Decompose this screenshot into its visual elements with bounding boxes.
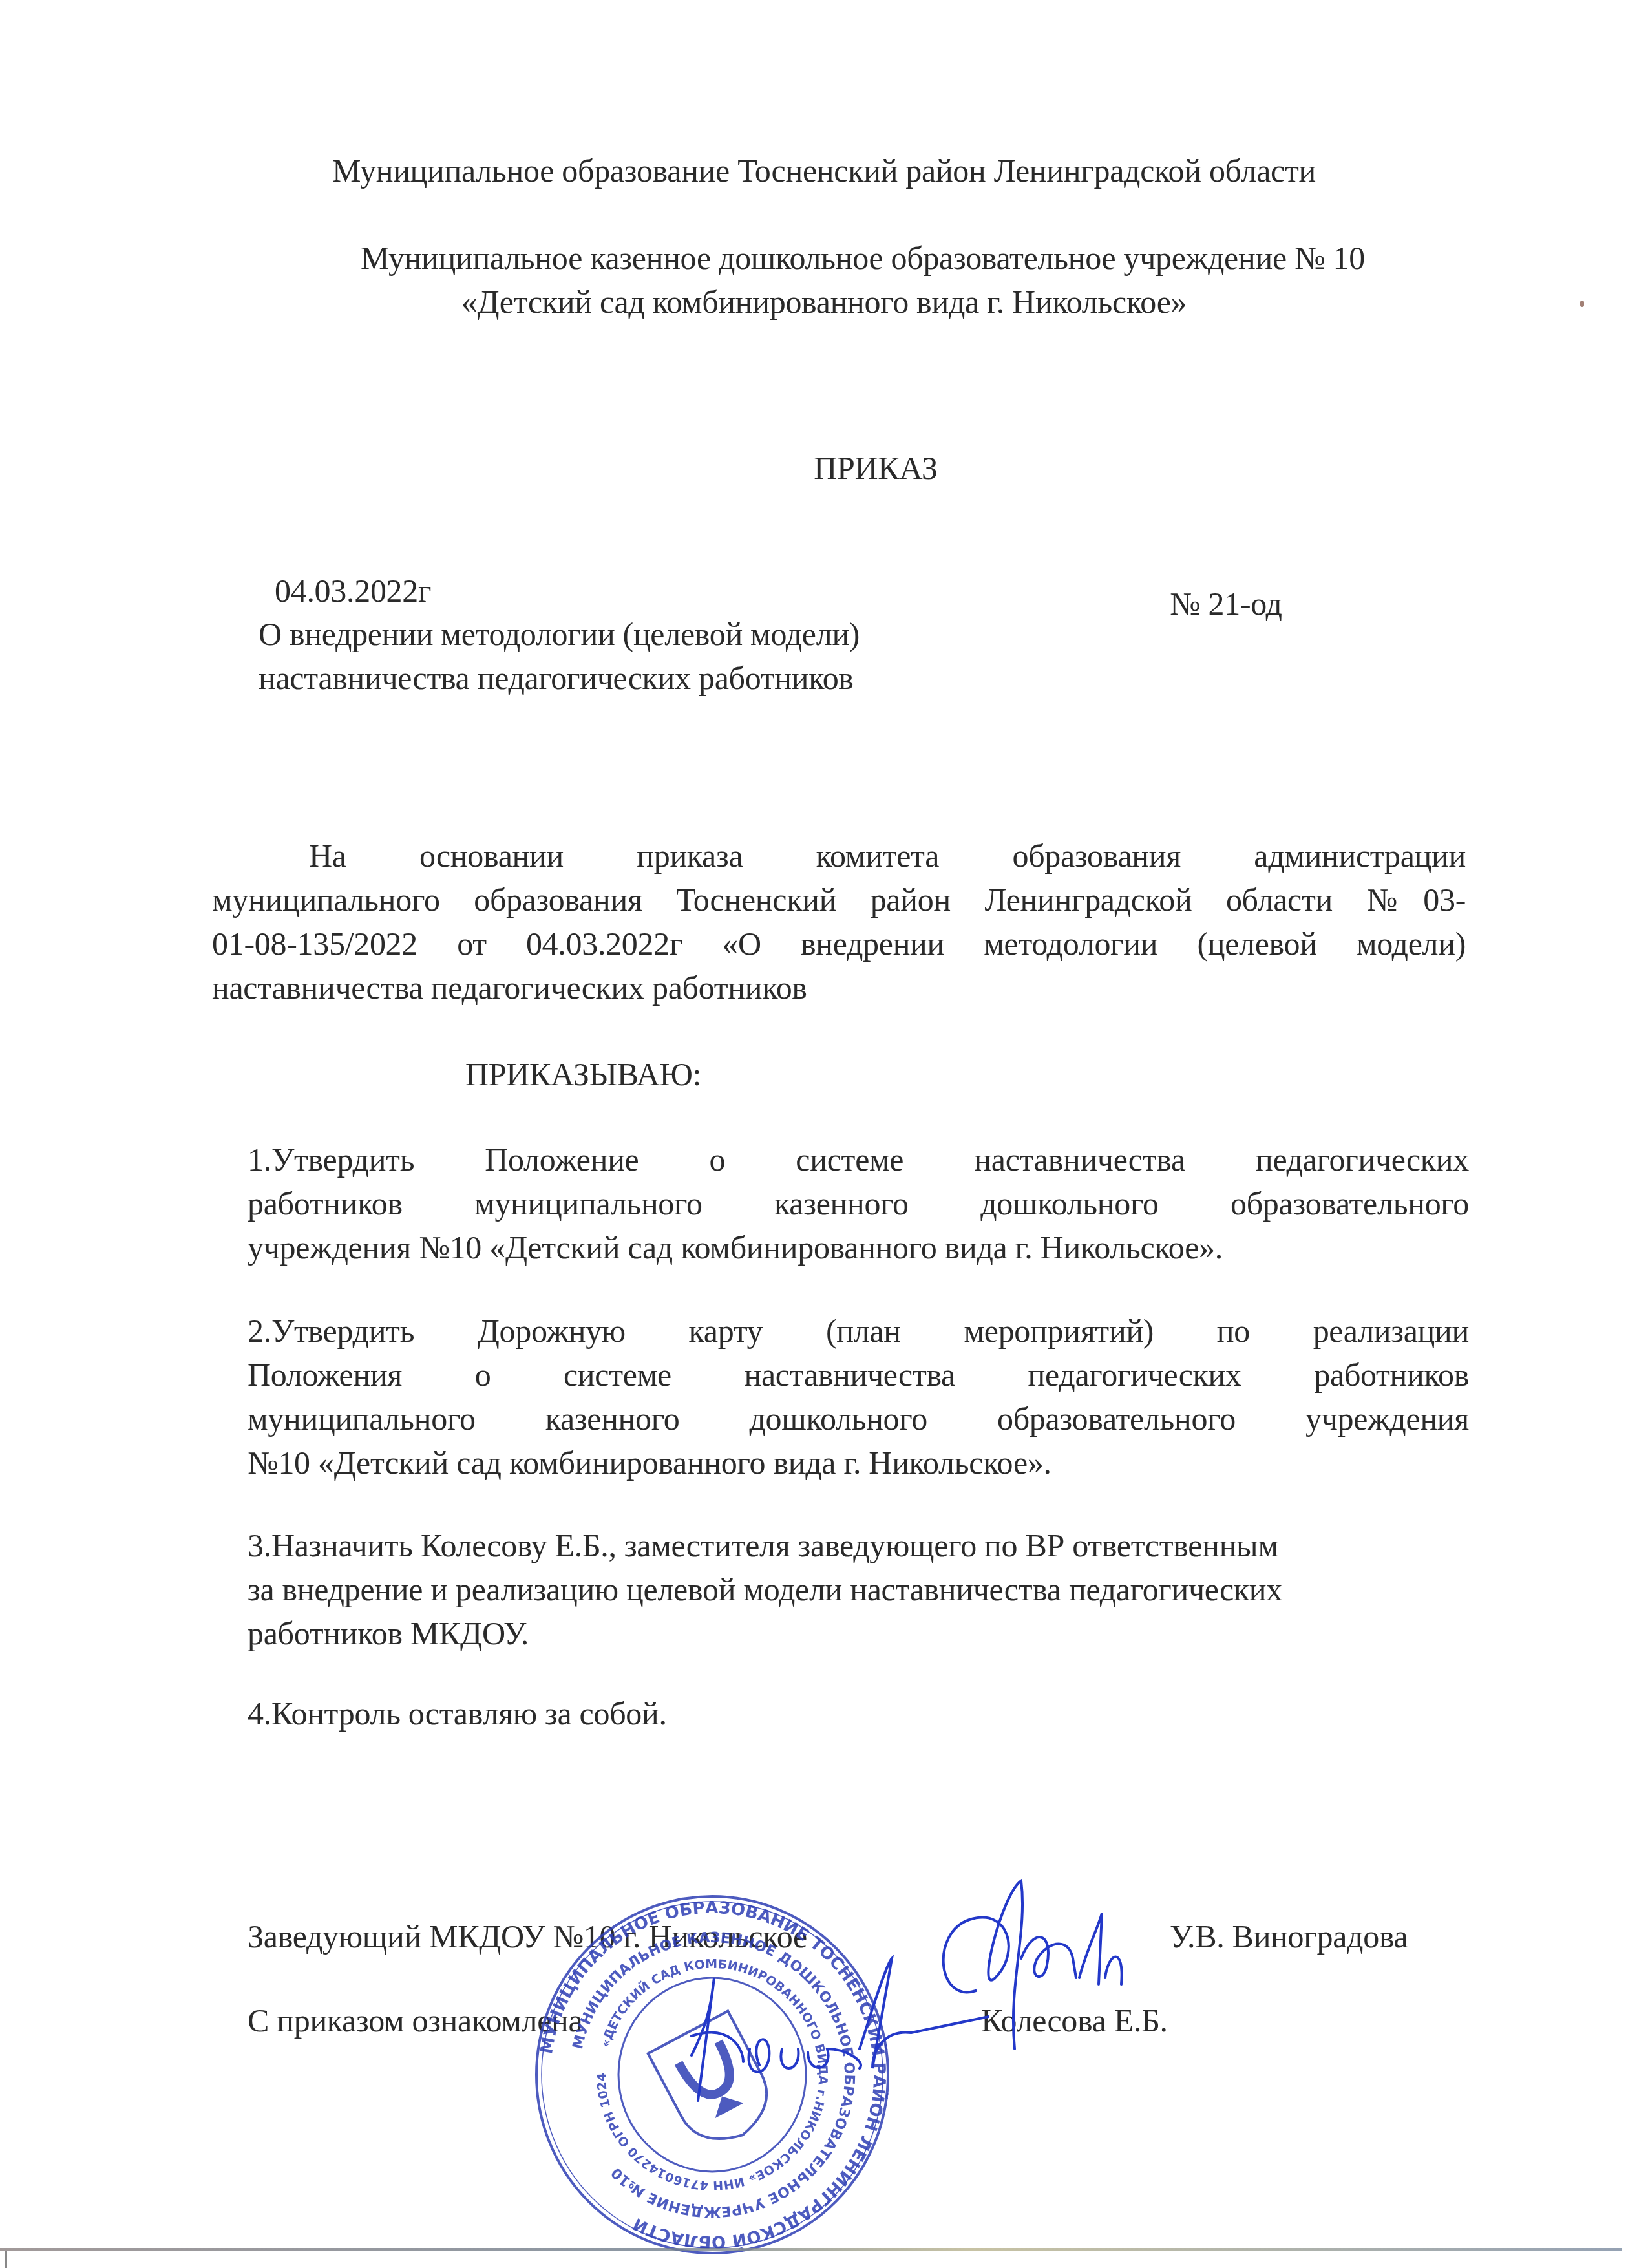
head-name: У.В. Виноградова <box>1170 1914 1408 1958</box>
item-line: Положения о системе наставничества педаг… <box>248 1353 1469 1397</box>
item-line: №10 «Детский сад комбинированного вида г… <box>248 1441 1469 1485</box>
scanner-edge-tick <box>5 2251 7 2268</box>
item-line: 4.Контроль оставляю за собой. <box>248 1691 1469 1735</box>
scanner-edge-line <box>0 2248 1622 2251</box>
preamble-line: 01-08-135/2022 от 04.03.2022г «О внедрен… <box>212 922 1466 966</box>
order-subject-line-2: наставничества педагогических работников <box>259 656 854 700</box>
order-item-4: 4.Контроль оставляю за собой. <box>248 1691 1469 1735</box>
item-line: за внедрение и реализацию целевой модели… <box>248 1567 1469 1611</box>
scan-speck <box>1580 301 1584 307</box>
order-item-2: 2.Утвердить Дорожную карту (план меропри… <box>248 1309 1469 1485</box>
item-line: муниципального казенного дошкольного обр… <box>248 1397 1469 1441</box>
document-title: ПРИКАЗ <box>0 446 1648 490</box>
preamble-line: наставничества педагогических работников <box>212 966 1466 1010</box>
preamble-line: На основании приказа комитета образовани… <box>212 834 1466 878</box>
header-municipality: Муниципальное образование Тосненский рай… <box>0 149 1648 193</box>
item-line: учреждения №10 «Детский сад комбинирован… <box>248 1225 1469 1269</box>
order-number: № 21-од <box>1170 582 1282 626</box>
header-institution-name: «Детский сад комбинированного вида г. Ни… <box>0 280 1648 324</box>
item-line: 3.Назначить Колесову Е.Б., заместителя з… <box>248 1523 1469 1567</box>
order-item-1: 1.Утвердить Положение о системе наставни… <box>248 1138 1469 1269</box>
item-line: работников МКДОУ. <box>248 1611 1469 1655</box>
order-item-3: 3.Назначить Колесову Е.Б., заместителя з… <box>248 1523 1469 1655</box>
order-directive: ПРИКАЗЫВАЮ: <box>465 1052 701 1096</box>
order-subject-line-1: О внедрении методологии (целевой модели) <box>259 612 860 656</box>
preamble-line: муниципального образования Тосненский ра… <box>212 878 1466 922</box>
item-line: 1.Утвердить Положение о системе наставни… <box>248 1138 1469 1182</box>
item-line: работников муниципального казенного дошк… <box>248 1182 1469 1225</box>
item-line: 2.Утвердить Дорожную карту (план меропри… <box>248 1309 1469 1353</box>
order-date: 04.03.2022г <box>275 569 431 613</box>
header-institution: Муниципальное казенное дошкольное образо… <box>39 236 1648 280</box>
ack-signature-icon <box>653 1952 989 2114</box>
preamble: На основании приказа комитета образовани… <box>212 834 1466 1010</box>
